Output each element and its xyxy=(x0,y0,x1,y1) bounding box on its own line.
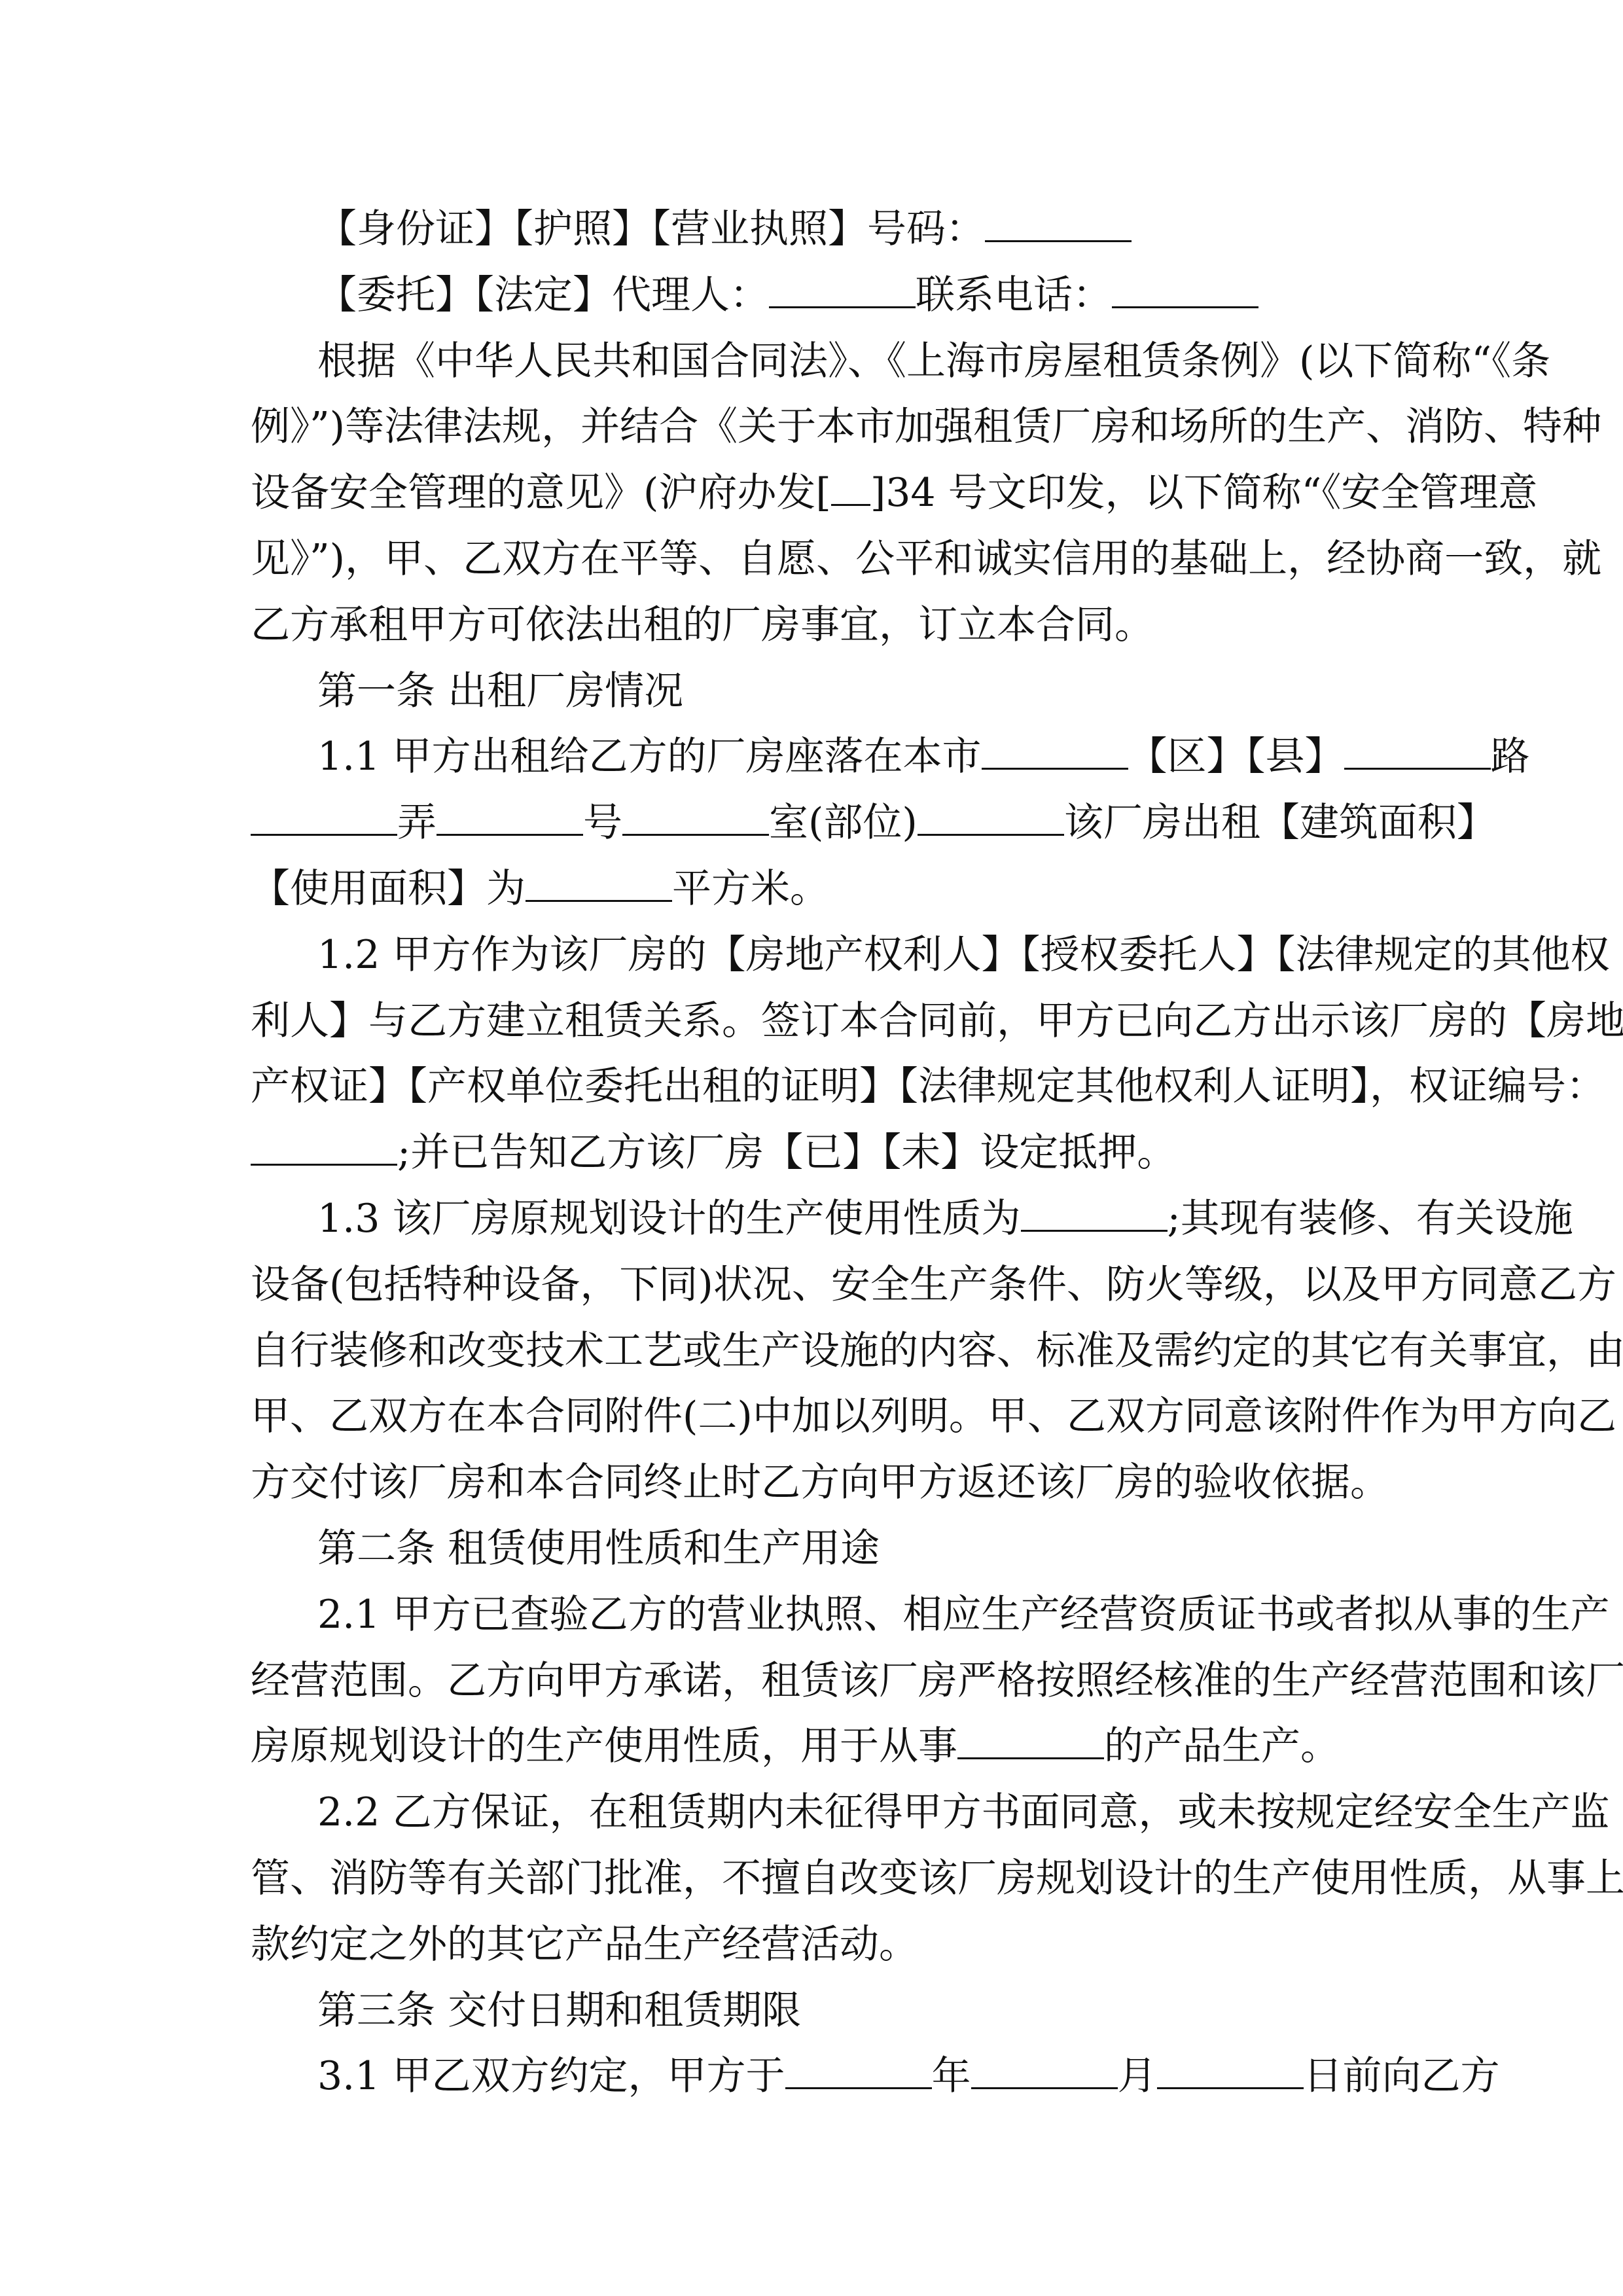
text-line-clause-1-3-d: 甲、乙双方在本合同附件(二)中加以列明。甲、乙双方同意该附件作为甲方向乙 xyxy=(251,1384,1389,1450)
line-text: 房原规划设计的生产使用性质，用于从事 xyxy=(251,1723,957,1769)
line-text: 日前向乙方 xyxy=(1304,2053,1500,2099)
text-line-clause-1-1-a: 1.1 甲方出租给乙方的厂房座落在本市【区】【县】路 xyxy=(251,724,1389,790)
text-line-preamble-3: 设备安全管理的意见》(沪府办发[]34 号文印发，以下简称“《安全管理意 xyxy=(251,460,1389,526)
fill-in-blank[interactable] xyxy=(785,2048,932,2089)
line-text: 经营范围。乙方向甲方承诺，租赁该厂房严格按照经核准的生产经营范围和该厂 xyxy=(251,1658,1623,1704)
line-text: 设备安全管理的意见》(沪府办发[ xyxy=(251,470,831,516)
line-text: ]34 号文印发，以下简称“《安全管理意 xyxy=(870,470,1538,516)
text-line-preamble-2: 例》”)等法律法规，并结合《关于本市加强租赁厂房和场所的生产、消防、特种 xyxy=(251,394,1389,460)
fill-in-blank[interactable] xyxy=(622,795,769,836)
line-text: 见》”)，甲、乙双方在平等、自愿、公平和诚实信用的基础上，经协商一致，就 xyxy=(251,536,1601,582)
text-line-agent: 【委托】【法定】代理人：联系电话： xyxy=(251,262,1389,329)
line-text: 甲、乙双方在本合同附件(二)中加以列明。甲、乙双方同意该附件作为甲方向乙 xyxy=(251,1393,1616,1439)
contract-page: 【身份证】【护照】【营业执照】号码：【委托】【法定】代理人：联系电话：根据《中华… xyxy=(251,196,1389,2109)
fill-in-blank[interactable] xyxy=(982,728,1128,770)
text-line-clause-1-1-c: 【使用面积】为平方米。 xyxy=(251,856,1389,922)
text-line-clause-2-2-a: 2.2 乙方保证，在租赁期内未征得甲方书面同意，或未按规定经安全生产监 xyxy=(251,1780,1389,1846)
text-line-clause-2-2-c: 款约定之外的其它产品生产经营活动。 xyxy=(251,1912,1389,1978)
line-text: 1.1 甲方出租给乙方的厂房座落在本市 xyxy=(317,734,982,780)
line-text: ;并已告知乙方该厂房【已】【未】设定抵押。 xyxy=(397,1130,1176,1175)
line-text: 设备(包括特种设备，下同)状况、安全生产条件、防火等级，以及甲方同意乙方 xyxy=(251,1262,1616,1308)
text-line-article-3-title: 第三条 交付日期和租赁期限 xyxy=(251,1978,1389,2044)
fill-in-blank[interactable] xyxy=(526,861,672,902)
text-line-clause-1-3-c: 自行装修和改变技术工艺或生产设施的内容、标准及需约定的其它有关事宜，由 xyxy=(251,1318,1389,1384)
line-text: 2.1 甲方已查验乙方的营业执照、相应生产经营资质证书或者拟从事的生产 xyxy=(317,1592,1610,1638)
line-text: 款约定之外的其它产品生产经营活动。 xyxy=(251,1922,918,1967)
fill-in-blank[interactable] xyxy=(1344,728,1491,770)
fill-in-blank[interactable] xyxy=(1021,1191,1168,1232)
line-text: 乙方承租甲方可依法出租的厂房事宜，订立本合同。 xyxy=(251,602,1154,648)
line-text: 利人】与乙方建立租赁关系。签订本合同前，甲方已向乙方出示该厂房的【房地 xyxy=(251,998,1623,1044)
fill-in-blank[interactable] xyxy=(831,465,870,506)
line-text: 3.1 甲乙双方约定，甲方于 xyxy=(317,2053,785,2099)
fill-in-blank[interactable] xyxy=(918,795,1064,836)
text-line-clause-3-1-a: 3.1 甲乙双方约定，甲方于年月日前向乙方 xyxy=(251,2043,1389,2109)
fill-in-blank[interactable] xyxy=(957,1718,1104,1759)
line-text: 年 xyxy=(932,2053,971,2099)
text-line-clause-1-3-b: 设备(包括特种设备，下同)状况、安全生产条件、防火等级，以及甲方同意乙方 xyxy=(251,1252,1389,1318)
line-text: 平方米。 xyxy=(672,866,829,912)
fill-in-blank[interactable] xyxy=(251,1124,397,1166)
fill-in-blank[interactable] xyxy=(1157,2048,1304,2089)
line-text: ;其现有装修、有关设施 xyxy=(1168,1196,1573,1242)
text-line-preamble-1: 根据《中华人民共和国合同法》、《上海市房屋租赁条例》(以下简称“《条 xyxy=(251,329,1389,395)
text-line-id-number: 【身份证】【护照】【营业执照】号码： xyxy=(251,196,1389,262)
line-text: 1.3 该厂房原规划设计的生产使用性质为 xyxy=(317,1196,1021,1242)
text-line-clause-1-2-a: 1.2 甲方作为该厂房的【房地产权利人】【授权委托人】【法律规定的其他权 xyxy=(251,922,1389,988)
text-line-clause-1-2-b: 利人】与乙方建立租赁关系。签订本合同前，甲方已向乙方出示该厂房的【房地 xyxy=(251,988,1389,1054)
text-line-clause-1-3-e: 方交付该厂房和本合同终止时乙方向甲方返还该厂房的验收依据。 xyxy=(251,1450,1389,1516)
line-text: 室(部位) xyxy=(769,800,918,846)
line-text: 1.2 甲方作为该厂房的【房地产权利人】【授权委托人】【法律规定的其他权 xyxy=(317,932,1610,978)
line-text: 第一条 出租厂房情况 xyxy=(317,668,683,714)
text-line-clause-1-2-c: 产权证】【产权单位委托出租的证明】【法律规定其他权利人证明】，权证编号： xyxy=(251,1054,1389,1120)
line-text: 路 xyxy=(1491,734,1530,780)
text-line-clause-2-1-b: 经营范围。乙方向甲方承诺，租赁该厂房严格按照经核准的生产经营范围和该厂 xyxy=(251,1648,1389,1714)
text-line-clause-1-2-d: ;并已告知乙方该厂房【已】【未】设定抵押。 xyxy=(251,1120,1389,1186)
text-line-clause-1-1-b: 弄号室(部位)该厂房出租【建筑面积】 xyxy=(251,790,1389,856)
line-text: 【区】【县】 xyxy=(1128,734,1344,780)
fill-in-blank[interactable] xyxy=(971,2048,1118,2089)
line-text: 该厂房出租【建筑面积】 xyxy=(1064,800,1496,846)
line-text: 第三条 交付日期和租赁期限 xyxy=(317,1988,801,2034)
fill-in-blank[interactable] xyxy=(251,795,397,836)
line-text: 号 xyxy=(583,800,622,846)
line-text: 弄 xyxy=(397,800,437,846)
line-text: 【使用面积】为 xyxy=(251,866,526,912)
line-text: 【委托】【法定】代理人： xyxy=(317,272,769,318)
text-line-clause-2-2-b: 管、消防等有关部门批准，不擅自改变该厂房规划设计的生产使用性质，从事上 xyxy=(251,1846,1389,1912)
text-line-clause-2-1-c: 房原规划设计的生产使用性质，用于从事的产品生产。 xyxy=(251,1713,1389,1780)
line-text: 联系电话： xyxy=(916,272,1112,318)
fill-in-blank[interactable] xyxy=(985,201,1132,242)
text-line-clause-1-3-a: 1.3 该厂房原规划设计的生产使用性质为;其现有装修、有关设施 xyxy=(251,1186,1389,1252)
line-text: 根据《中华人民共和国合同法》、《上海市房屋租赁条例》(以下简称“《条 xyxy=(317,338,1550,384)
text-line-preamble-4: 见》”)，甲、乙双方在平等、自愿、公平和诚实信用的基础上，经协商一致，就 xyxy=(251,526,1389,592)
line-text: 月 xyxy=(1118,2053,1157,2099)
line-text: 【身份证】【护照】【营业执照】号码： xyxy=(317,206,985,252)
line-text: 方交付该厂房和本合同终止时乙方向甲方返还该厂房的验收依据。 xyxy=(251,1460,1389,1505)
line-text: 的产品生产。 xyxy=(1104,1723,1340,1769)
text-line-article-1-title: 第一条 出租厂房情况 xyxy=(251,658,1389,725)
text-line-article-2-title: 第二条 租赁使用性质和生产用途 xyxy=(251,1516,1389,1582)
line-text: 管、消防等有关部门批准，不擅自改变该厂房规划设计的生产使用性质，从事上 xyxy=(251,1856,1623,1901)
fill-in-blank[interactable] xyxy=(1112,267,1258,308)
line-text: 例》”)等法律法规，并结合《关于本市加强租赁厂房和场所的生产、消防、特种 xyxy=(251,404,1601,450)
line-text: 自行装修和改变技术工艺或生产设施的内容、标准及需约定的其它有关事宜，由 xyxy=(251,1328,1623,1374)
fill-in-blank[interactable] xyxy=(437,795,583,836)
text-line-clause-2-1-a: 2.1 甲方已查验乙方的营业执照、相应生产经营资质证书或者拟从事的生产 xyxy=(251,1582,1389,1648)
line-text: 产权证】【产权单位委托出租的证明】【法律规定其他权利人证明】，权证编号： xyxy=(251,1064,1605,1109)
fill-in-blank[interactable] xyxy=(769,267,916,308)
line-text: 2.2 乙方保证，在租赁期内未征得甲方书面同意，或未按规定经安全生产监 xyxy=(317,1789,1610,1835)
line-text: 第二条 租赁使用性质和生产用途 xyxy=(317,1526,880,1571)
text-line-preamble-5: 乙方承租甲方可依法出租的厂房事宜，订立本合同。 xyxy=(251,592,1389,658)
